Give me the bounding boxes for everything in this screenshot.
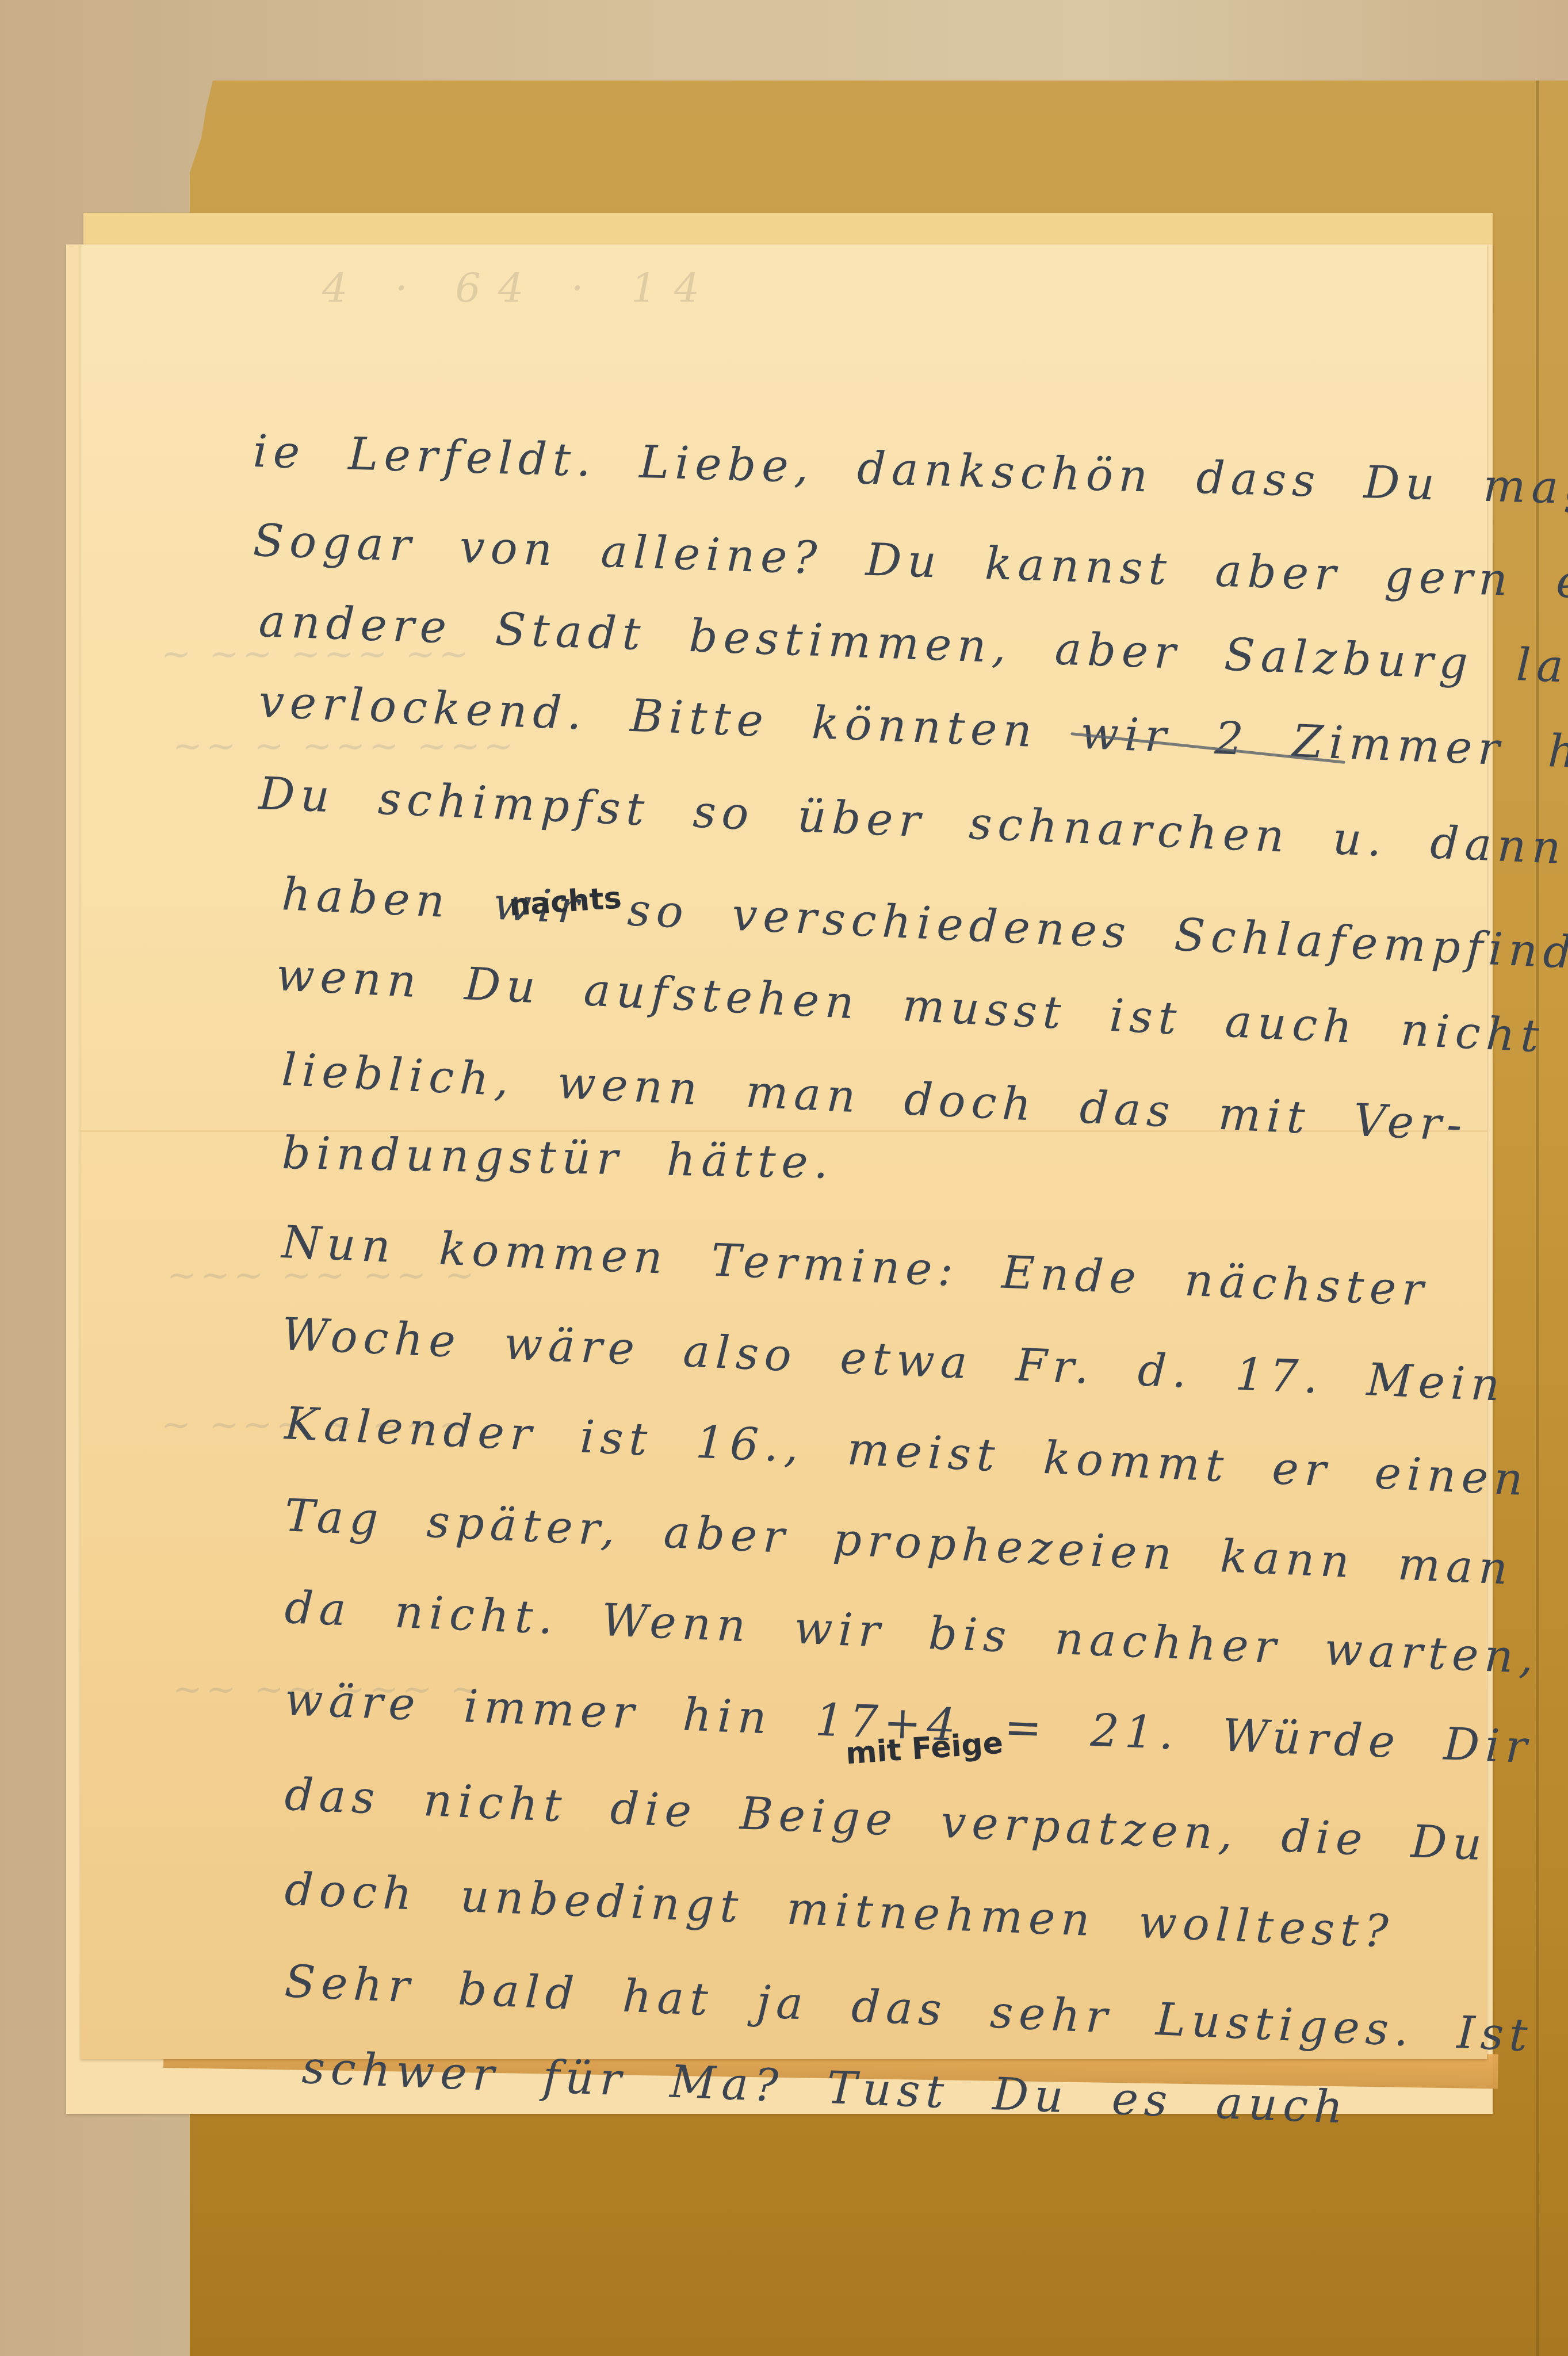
- faint-date-header: 4 · 64 · 14: [322, 265, 717, 312]
- letter-line: bindungstür hätte.: [281, 1127, 834, 1189]
